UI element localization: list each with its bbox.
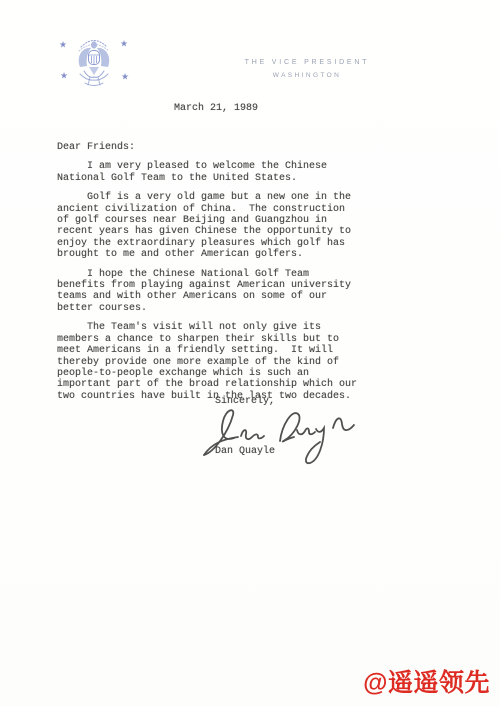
star-icon: ★ — [59, 42, 67, 51]
paragraph-4: The Team's visit will not only give its … — [57, 322, 372, 402]
letterhead-seal: ★ ★ ★ ★ — [56, 30, 136, 88]
watermark-text: @遥遥领先 — [363, 663, 490, 699]
letter-page: ★ ★ ★ ★ THE VICE PRESIDENT WASHI — [0, 0, 500, 706]
star-icon: ★ — [60, 73, 68, 82]
letterhead-office-title: THE VICE PRESIDENT — [227, 59, 387, 66]
paragraph-1: I am very pleased to welcome the Chinese… — [57, 161, 372, 184]
salutation: Dear Friends: — [57, 142, 372, 153]
paragraph-3: I hope the Chinese National Golf Team be… — [57, 269, 372, 315]
typed-signature-name: Dan Quayle — [215, 446, 275, 457]
star-icon: ★ — [120, 41, 128, 50]
signature-script — [196, 399, 361, 479]
letter-body: Dear Friends: I am very pleased to welco… — [57, 142, 372, 410]
vice-president-seal-icon — [72, 31, 116, 93]
letterhead-city: WASHINGTON — [227, 72, 387, 79]
signature-icon — [196, 399, 361, 479]
star-icon: ★ — [121, 74, 129, 83]
paragraph-2: Golf is a very old game but a new one in… — [57, 192, 372, 260]
letter-date: March 21, 1989 — [174, 103, 258, 114]
letterhead: THE VICE PRESIDENT WASHINGTON — [227, 59, 387, 79]
